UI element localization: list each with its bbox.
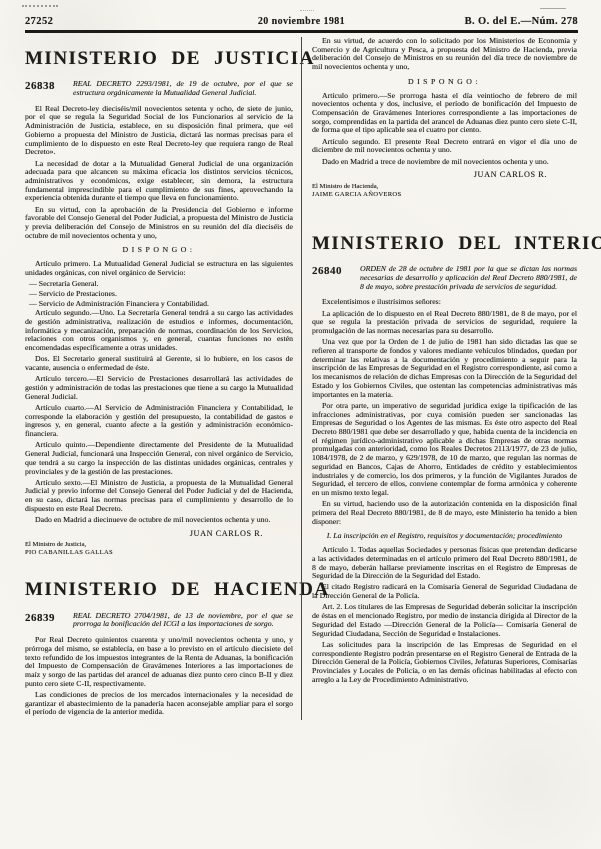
ministry-heading: MINISTERIO DE JUSTICIA xyxy=(25,48,293,69)
ministry-heading: MINISTERIO DE HACIENDA xyxy=(25,579,293,600)
royal-signature: JUAN CARLOS R. xyxy=(312,170,577,179)
paragraph: Las solicitudes para la inscripción de l… xyxy=(312,641,577,685)
header-date: 20 noviembre 1981 xyxy=(25,16,578,27)
royal-signature: JUAN CARLOS R. xyxy=(25,529,293,538)
page-header: 27252 20 noviembre 1981 B. O. del E.—Núm… xyxy=(25,0,578,27)
gazette-page: 27252 20 noviembre 1981 B. O. del E.—Núm… xyxy=(0,0,601,849)
dispongo-line: DISPONGO: xyxy=(312,78,577,87)
paragraph: Dado en Madrid a trece de noviembre de m… xyxy=(312,158,577,167)
paragraph: Las condiciones de precios de los mercad… xyxy=(25,691,293,717)
paragraph: Artículo sexto.—El Ministro de Justicia,… xyxy=(25,479,293,514)
list-item-dash: — Servicio de Administración Financiera … xyxy=(29,300,293,309)
paragraph: Dado en Madrid a diecinueve de octubre d… xyxy=(25,516,293,525)
paragraph: Artículo quinto.—Dependiente directament… xyxy=(25,441,293,476)
list-item-dash: — Servicio de Prestaciones. xyxy=(29,290,293,299)
paragraph: Artículo tercero.—El Servicio de Prestac… xyxy=(25,375,293,401)
header-rule xyxy=(25,30,578,33)
ministry-heading: MINISTERIO DEL INTERIOR xyxy=(312,233,577,254)
paragraph: La aplicación de lo dispuesto en el Real… xyxy=(312,310,577,336)
paragraph: En su virtud, con la aprobación de la Pr… xyxy=(25,206,293,241)
paragraph: Artículo primero.—Se prorroga hasta el d… xyxy=(312,92,577,136)
entry-summary: ORDEN de 28 de octubre de 1981 por la qu… xyxy=(356,265,577,291)
paragraph: En su virtud, de acuerdo con lo solicita… xyxy=(312,37,577,72)
paragraph: Artículo cuarto.—Al Servicio de Administ… xyxy=(25,404,293,439)
paragraph: Excelentísimos e ilustrísimos señores: xyxy=(312,298,577,307)
gazette-entry: 26840ORDEN de 28 de octubre de 1981 por … xyxy=(312,265,577,291)
dispongo-line: DISPONGO: xyxy=(25,246,293,255)
entry-number: 26840 xyxy=(312,265,356,291)
paragraph: El citado Registro radicará en la Comisa… xyxy=(312,583,577,600)
paragraph: Art. 2. Los titulares de las Empresas de… xyxy=(312,603,577,638)
entry-summary: REAL DECRETO 2704/1981, de 13 de noviemb… xyxy=(69,612,293,629)
content-columns: MINISTERIO DE JUSTICIA26838REAL DECRETO … xyxy=(25,37,578,720)
section-heading-italic: I. La inscripción en el Registro, requis… xyxy=(326,532,563,541)
minister-signature-line: El Ministro de Hacienda, xyxy=(312,183,577,191)
minister-signature: El Ministro de Justicia,PIO CABANILLAS G… xyxy=(25,541,293,557)
minister-signature-line: PIO CABANILLAS GALLAS xyxy=(25,549,293,557)
gazette-entry: 26839REAL DECRETO 2704/1981, de 13 de no… xyxy=(25,612,293,629)
minister-signature-line: El Ministro de Justicia, xyxy=(25,541,293,549)
paragraph: La necesidad de dotar a la Mutualidad Ge… xyxy=(25,160,293,204)
paragraph: Por otra parte, un imperativo de segurid… xyxy=(312,402,577,498)
entry-number: 26839 xyxy=(25,612,69,629)
entry-summary: REAL DECRETO 2293/1981, de 19 de octubre… xyxy=(69,80,293,97)
minister-signature: El Ministro de Hacienda,JAIME GARCIA AÑO… xyxy=(312,183,577,199)
paragraph: Artículo segundo.—Uno. La Secretaría Gen… xyxy=(25,309,293,353)
paragraph: Artículo 1. Todas aquellas Sociedades y … xyxy=(312,546,577,581)
paragraph: En su virtud, haciendo uso de la autoriz… xyxy=(312,500,577,526)
paragraph: Por Real Decreto quinientos cuarenta y u… xyxy=(25,636,293,688)
paragraph: Artículo segundo. El presente Real Decre… xyxy=(312,138,577,155)
paragraph: El Real Decreto-ley dieciséis/mil noveci… xyxy=(25,105,293,157)
minister-signature-line: JAIME GARCIA AÑOVEROS xyxy=(312,191,577,199)
paragraph: Dos. El Secretario general sustituirá al… xyxy=(25,355,293,372)
entry-number: 26838 xyxy=(25,80,69,97)
paragraph: Artículo primero. La Mutualidad General … xyxy=(25,260,293,277)
gazette-entry: 26838REAL DECRETO 2293/1981, de 19 de oc… xyxy=(25,80,293,97)
column-left: MINISTERIO DE JUSTICIA26838REAL DECRETO … xyxy=(25,37,301,720)
list-item-dash: — Secretaría General. xyxy=(29,280,293,289)
column-right: En su virtud, de acuerdo con lo solicita… xyxy=(301,37,577,720)
paragraph: Una vez que por la Orden de 1 de julio d… xyxy=(312,338,577,399)
